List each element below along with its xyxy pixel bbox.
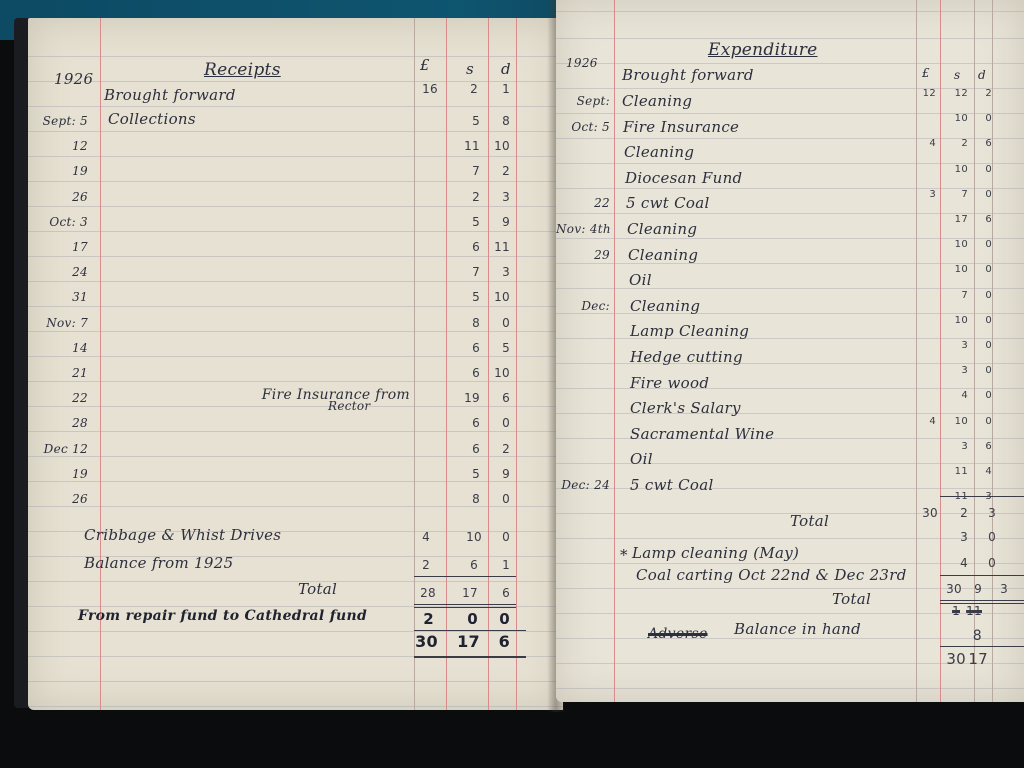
lamp-cleaning-pence: 0 <box>976 530 996 544</box>
col-header-pence: d <box>978 68 986 82</box>
expense-shillings: 10 <box>948 416 968 427</box>
receipt-shillings: 6 <box>456 366 480 380</box>
grand-total-pounds: 30 <box>412 632 438 651</box>
receipt-pence: 10 <box>488 139 510 153</box>
grand-total-pounds: 30 <box>940 650 966 668</box>
receipt-pence: 9 <box>488 467 510 481</box>
cribbage-label: Cribbage & Whist Drives <box>84 526 281 544</box>
receipt-pence: 8 <box>488 114 510 128</box>
receipt-date: Oct: 3 <box>28 215 88 229</box>
receipt-description-sub: Rector <box>328 399 370 413</box>
expense-pounds: 12 <box>918 88 936 99</box>
expense-pounds: 4 <box>918 138 936 149</box>
receipts-total-pounds: 28 <box>414 586 436 600</box>
brought-forward-pounds: 16 <box>416 82 438 96</box>
brought-forward-label: Brought forward <box>104 86 236 104</box>
brought-forward-shillings: 2 <box>458 82 478 96</box>
expenditure-total-pence: 3 <box>992 582 1008 596</box>
struck-adverse-word: Adverse <box>648 626 708 642</box>
receipt-shillings: 2 <box>456 190 480 204</box>
cribbage-pounds: 4 <box>416 530 430 544</box>
receipt-shillings: 5 <box>456 215 480 229</box>
grand-total-shillings: 17 <box>456 632 480 651</box>
date-margin-line <box>100 18 101 710</box>
total-rule <box>940 575 1024 576</box>
receipt-pence: 9 <box>488 215 510 229</box>
expense-shillings: 10 <box>948 239 968 250</box>
receipt-shillings: 7 <box>456 265 480 279</box>
col-header-pence: d <box>501 60 511 78</box>
receipt-shillings: 8 <box>456 316 480 330</box>
right-margin-line <box>992 0 993 702</box>
receipt-pence: 2 <box>488 442 510 456</box>
receipts-total-label: Total <box>298 580 337 598</box>
expense-date: Oct: 5 <box>556 120 610 134</box>
expense-description: Hedge cutting <box>630 348 743 366</box>
balance-1925-label: Balance from 1925 <box>84 554 233 572</box>
receipt-shillings: 6 <box>456 442 480 456</box>
transfer-pounds: 2 <box>414 610 434 628</box>
balance-1925-pounds: 2 <box>416 558 430 572</box>
expense-date: 29 <box>556 248 610 262</box>
subtotal-pounds: 30 <box>918 506 938 520</box>
receipt-pence: 3 <box>488 190 510 204</box>
expense-pence: 0 <box>976 340 992 351</box>
expense-description: Cleaning <box>630 297 700 315</box>
balance-1925-pence: 1 <box>490 558 510 572</box>
expense-pence: 0 <box>976 189 992 200</box>
expense-description: 5 cwt Coal <box>630 476 714 494</box>
expense-pence: 6 <box>976 441 992 452</box>
lamp-cleaning-shillings: 3 <box>948 530 968 544</box>
balance-shillings: 8 <box>966 628 982 644</box>
expense-description: Fire wood <box>630 374 709 392</box>
pence-column-line <box>974 0 975 702</box>
grand-total-rule <box>414 630 526 631</box>
expense-pence: 0 <box>976 315 992 326</box>
total-double-rule <box>940 600 1024 601</box>
expense-description: Cleaning <box>627 220 697 238</box>
receipts-total-pence: 6 <box>490 586 510 600</box>
receipts-year: 1926 <box>54 70 93 88</box>
total-double-rule-2 <box>414 607 516 608</box>
expense-pence: 0 <box>976 290 992 301</box>
receipt-pence: 3 <box>488 265 510 279</box>
expense-pounds: 4 <box>918 416 936 427</box>
expense-shillings: 3 <box>948 340 968 351</box>
receipt-date: 12 <box>28 139 88 153</box>
receipt-date: 26 <box>28 190 88 204</box>
expenditure-total-pounds: 30 <box>940 582 962 596</box>
receipt-date: 14 <box>28 341 88 355</box>
expense-shillings: 3 <box>948 365 968 376</box>
grand-total-rule <box>940 646 1024 647</box>
expense-pence: 0 <box>976 416 992 427</box>
expense-description: Clerk's Salary <box>630 399 741 417</box>
right-margin-line <box>516 18 517 710</box>
subtotal-pence: 3 <box>976 506 996 520</box>
expense-pence: 0 <box>976 164 992 175</box>
brought-forward-pence: 1 <box>490 82 510 96</box>
col-header-shillings: s <box>954 68 960 82</box>
receipts-total-shillings: 17 <box>458 586 478 600</box>
expense-pence: 0 <box>976 113 992 124</box>
expense-description: Oil <box>629 271 652 289</box>
expense-shillings: 7 <box>948 290 968 301</box>
receipt-date: 24 <box>28 265 88 279</box>
transfer-shillings: 0 <box>458 610 478 628</box>
receipt-pence: 0 <box>488 316 510 330</box>
receipt-shillings: 5 <box>456 467 480 481</box>
receipt-shillings: 19 <box>456 391 480 405</box>
expense-shillings: 17 <box>948 214 968 225</box>
expense-shillings: 7 <box>948 189 968 200</box>
expense-description: Cleaning <box>624 143 694 161</box>
expenditure-total-label: Total <box>832 590 871 608</box>
expense-shillings: 10 <box>948 264 968 275</box>
date-margin-line <box>614 0 615 702</box>
expense-description: Lamp Cleaning <box>630 322 749 340</box>
receipt-date: 28 <box>28 416 88 430</box>
subtotal-rule <box>940 496 1024 497</box>
receipt-pence: 10 <box>488 366 510 380</box>
pounds-column-line <box>916 0 917 702</box>
expense-shillings: 2 <box>948 138 968 149</box>
receipt-pence: 6 <box>488 391 510 405</box>
expense-pence: 0 <box>976 239 992 250</box>
expense-description: 5 cwt Coal <box>626 194 710 212</box>
receipt-shillings: 7 <box>456 164 480 178</box>
expense-description: Cleaning <box>628 246 698 264</box>
expenditure-total-shillings: 9 <box>966 582 982 596</box>
balance-struck-shillings: 11 <box>966 604 982 618</box>
receipt-shillings: 6 <box>456 416 480 430</box>
receipt-pence: 5 <box>488 341 510 355</box>
receipt-shillings: 5 <box>456 290 480 304</box>
receipts-page: 1926 Receipts £ s d Brought forward 16 2… <box>28 18 563 710</box>
expense-pence: 6 <box>976 214 992 225</box>
col-header-pounds: £ <box>420 56 430 74</box>
receipt-pence: 10 <box>488 290 510 304</box>
receipt-date: Nov: 7 <box>28 316 88 330</box>
expense-pence: 2 <box>976 88 992 99</box>
receipt-date: 19 <box>28 467 88 481</box>
coal-carting-label: Coal carting Oct 22nd & Dec 23rd <box>636 566 907 584</box>
expense-description: Oil <box>630 450 653 468</box>
cribbage-pence: 0 <box>490 530 510 544</box>
expense-pence: 0 <box>976 390 992 401</box>
receipt-date: 22 <box>28 391 88 405</box>
expense-shillings: 12 <box>948 88 968 99</box>
expense-shillings: 3 <box>948 441 968 452</box>
col-header-pounds: £ <box>922 66 930 80</box>
lamp-cleaning-label: Lamp cleaning (May) <box>632 544 799 562</box>
expense-pence: 6 <box>976 138 992 149</box>
expense-description: Cleaning <box>622 92 692 110</box>
receipt-shillings: 8 <box>456 492 480 506</box>
receipt-date: 21 <box>28 366 88 380</box>
expense-shillings: 10 <box>948 315 968 326</box>
expense-shillings: 10 <box>948 164 968 175</box>
shillings-column-line <box>940 0 941 702</box>
receipt-date: 26 <box>28 492 88 506</box>
expense-shillings: 11 <box>948 466 968 477</box>
expense-shillings: 10 <box>948 113 968 124</box>
transfer-label: From repair fund to Cathedral fund <box>78 608 367 624</box>
receipt-shillings: 6 <box>456 240 480 254</box>
expense-pence: 4 <box>976 466 992 477</box>
subtotal-label: Total <box>790 512 829 530</box>
grand-total-shillings: 17 <box>968 650 988 668</box>
expense-description: Fire Insurance <box>623 118 739 136</box>
expenditure-year: 1926 <box>566 56 598 70</box>
expense-date: Nov: 4th <box>556 222 610 236</box>
expense-description: Sacramental Wine <box>630 425 774 443</box>
grand-total-pence: 6 <box>490 632 510 651</box>
total-double-rule <box>414 604 516 605</box>
balance-in-hand-label: Balance in hand <box>734 620 861 638</box>
receipt-description: Fire Insurance from <box>228 387 410 403</box>
receipt-date: 17 <box>28 240 88 254</box>
receipt-pence: 0 <box>488 416 510 430</box>
expense-date: Dec: <box>556 299 610 313</box>
receipt-shillings: 11 <box>456 139 480 153</box>
expense-pence: 0 <box>976 365 992 376</box>
receipt-pence: 11 <box>488 240 510 254</box>
expenditure-title: Expenditure <box>708 40 817 60</box>
brought-forward-label: Brought forward <box>622 66 754 84</box>
balance-1925-shillings: 6 <box>458 558 478 572</box>
expense-description: Diocesan Fund <box>625 169 742 187</box>
receipt-date: Dec 12 <box>28 442 88 456</box>
coal-carting-shillings: 4 <box>948 556 968 570</box>
collections-label: Collections <box>108 110 196 128</box>
coal-carting-pence: 0 <box>976 556 996 570</box>
balance-struck-pounds: 1 <box>946 604 960 618</box>
expense-date: 22 <box>556 196 610 210</box>
receipt-date: 31 <box>28 290 88 304</box>
expense-date: Dec: 24 <box>556 478 610 492</box>
receipt-pence: 0 <box>488 492 510 506</box>
subtotal-rule <box>414 576 516 577</box>
receipts-title: Receipts <box>204 60 281 80</box>
expense-date: Sept: <box>556 94 610 108</box>
transfer-pence: 0 <box>490 610 510 628</box>
expenditure-page: 1926 Expenditure £ s d Brought forward S… <box>556 0 1024 702</box>
receipt-pence: 2 <box>488 164 510 178</box>
receipt-shillings: 6 <box>456 341 480 355</box>
receipt-date: 19 <box>28 164 88 178</box>
expense-pence: 0 <box>976 264 992 275</box>
lamp-cleaning-marker: * <box>620 546 628 564</box>
subtotal-shillings: 2 <box>948 506 968 520</box>
expense-shillings: 4 <box>948 390 968 401</box>
receipt-date: Sept: 5 <box>28 114 88 128</box>
receipt-shillings: 5 <box>456 114 480 128</box>
cribbage-shillings: 10 <box>458 530 482 544</box>
grand-total-underline <box>414 656 526 658</box>
expense-pounds: 3 <box>918 189 936 200</box>
col-header-shillings: s <box>466 60 474 78</box>
